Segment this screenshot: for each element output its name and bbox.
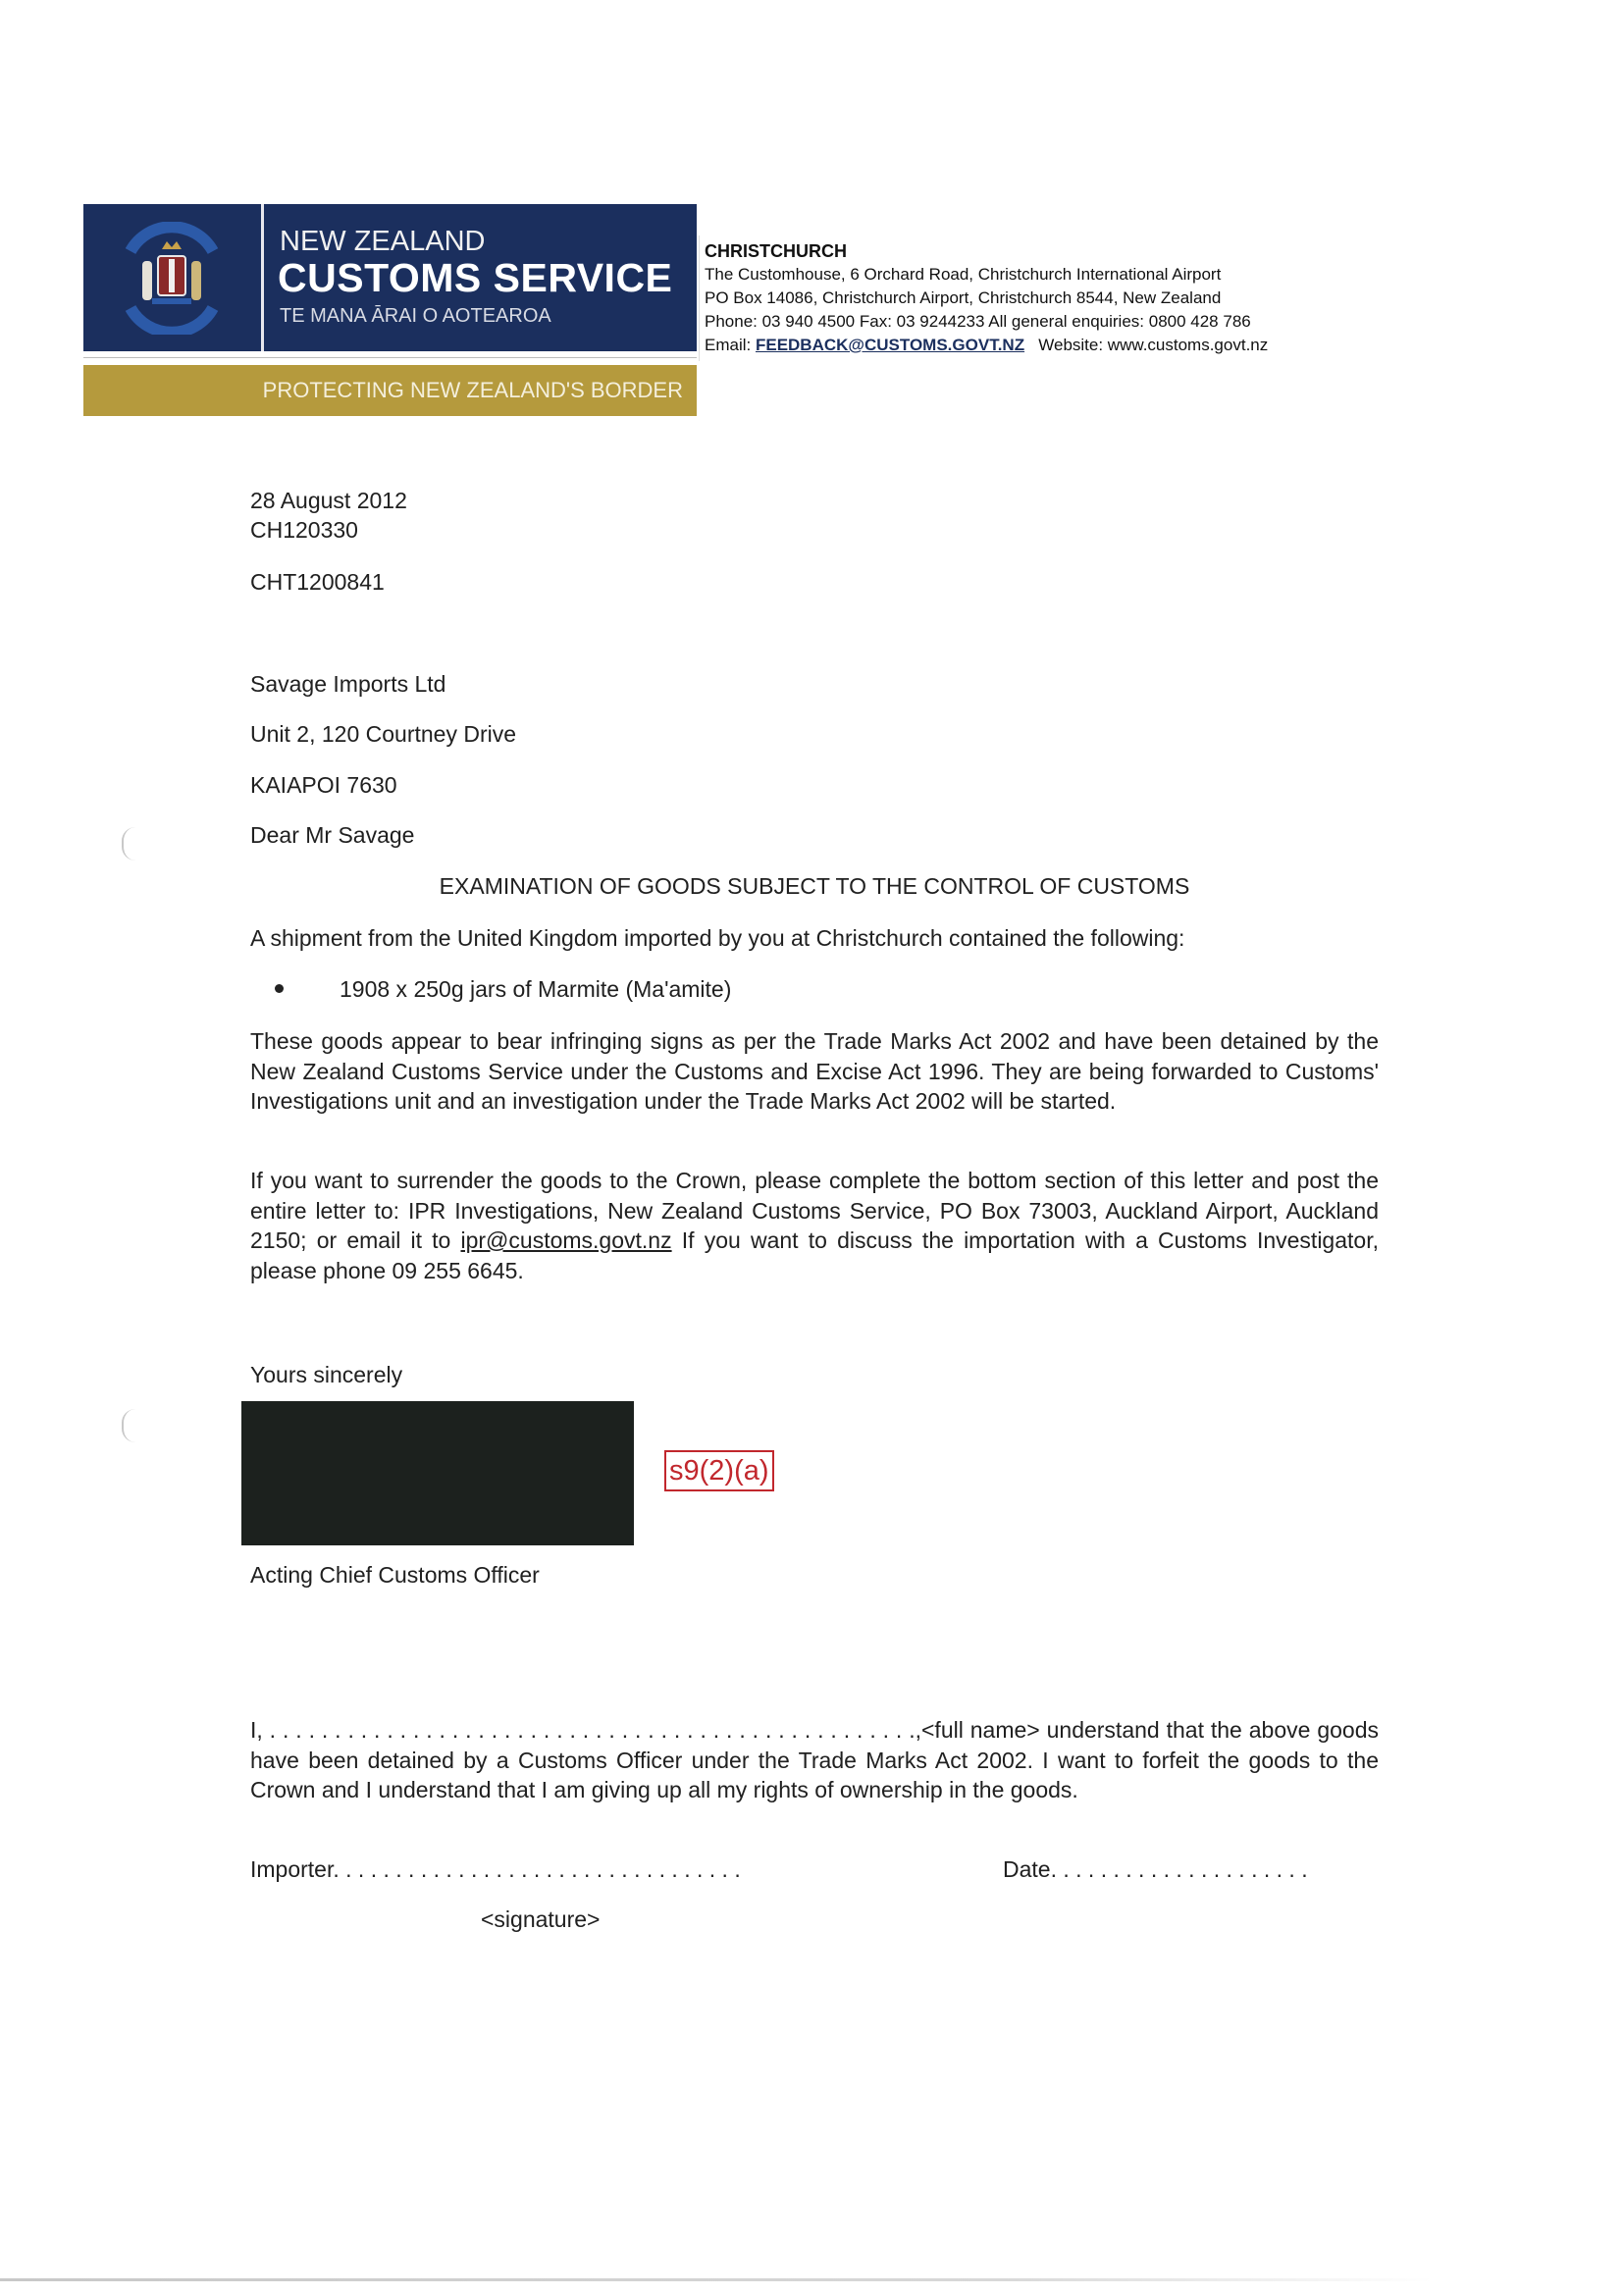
recipient-address: Unit 2, 120 Courtney Drive <box>250 721 516 748</box>
letter-date: 28 August 2012 <box>250 488 407 514</box>
email-label: Email: <box>705 336 756 354</box>
office-contact-line: Email: FEEDBACK@CUSTOMS.GOVT.NZ Website:… <box>705 334 1268 357</box>
redaction-code-badge: s9(2)(a) <box>664 1450 774 1491</box>
letterhead-banner: NEW ZEALAND CUSTOMS SERVICE TE MANA ĀRAI… <box>83 204 697 351</box>
full-name-field[interactable]: I, . . . . . . . . . . . . . . . . . . .… <box>250 1717 916 1743</box>
page-edge-line <box>0 2278 1433 2281</box>
office-city: CHRISTCHURCH <box>705 239 1268 263</box>
agency-country: NEW ZEALAND <box>280 226 485 258</box>
date-field[interactable]: Date. . . . . . . . . . . . . . . . . . … <box>1003 1856 1308 1883</box>
salutation: Dear Mr Savage <box>250 822 414 849</box>
redacted-signature <box>241 1401 634 1545</box>
recipient-city: KAIAPOI 7630 <box>250 772 397 799</box>
office-address-line1: The Customhouse, 6 Orchard Road, Christc… <box>705 263 1268 287</box>
tagline: PROTECTING NEW ZEALAND'S BORDER <box>263 378 683 403</box>
reference-number: CH120330 <box>250 517 358 544</box>
hole-punch-mark <box>122 827 137 861</box>
surrender-paragraph: If you want to surrender the goods to th… <box>250 1166 1379 1285</box>
goods-list-item: 1908 x 250g jars of Marmite (Ma'amite) <box>340 976 731 1003</box>
office-address-line2: PO Box 14086, Christchurch Airport, Chri… <box>705 287 1268 310</box>
importer-signature-field[interactable]: Importer. . . . . . . . . . . . . . . . … <box>250 1856 741 1883</box>
bullet-icon <box>275 984 284 993</box>
detention-paragraph: These goods appear to bear infringing si… <box>250 1026 1379 1117</box>
intro-text: A shipment from the United Kingdom impor… <box>250 925 1184 952</box>
office-website: Website: www.customs.govt.nz <box>1038 336 1268 354</box>
letterhead-divider <box>261 204 264 351</box>
office-address-block: CHRISTCHURCH The Customhouse, 6 Orchard … <box>705 239 1268 357</box>
address-divider <box>699 235 700 361</box>
letterhead-rule <box>83 357 697 358</box>
agency-name-block: NEW ZEALAND CUSTOMS SERVICE TE MANA ĀRAI… <box>266 204 697 351</box>
agency-maori-name: TE MANA ĀRAI O AOTEAROA <box>280 305 551 328</box>
signatory-title: Acting Chief Customs Officer <box>250 1562 540 1589</box>
closing: Yours sincerely <box>250 1362 402 1388</box>
office-phone-line: Phone: 03 940 4500 Fax: 03 9244233 All g… <box>705 310 1268 334</box>
case-number: CHT1200841 <box>250 569 385 596</box>
coat-of-arms-icon <box>113 222 231 335</box>
recipient-name: Savage Imports Ltd <box>250 671 445 698</box>
agency-name: CUSTOMS SERVICE <box>278 255 672 301</box>
forfeit-declaration: I, . . . . . . . . . . . . . . . . . . .… <box>250 1715 1379 1805</box>
office-email-link[interactable]: FEEDBACK@CUSTOMS.GOVT.NZ <box>756 336 1024 354</box>
signature-hint: <signature> <box>481 1906 600 1933</box>
crest-panel <box>83 204 260 351</box>
ipr-email-link[interactable]: ipr@customs.govt.nz <box>461 1227 672 1253</box>
letter-heading: EXAMINATION OF GOODS SUBJECT TO THE CONT… <box>250 873 1379 900</box>
tagline-banner: PROTECTING NEW ZEALAND'S BORDER <box>83 365 697 416</box>
hole-punch-mark <box>122 1409 137 1442</box>
